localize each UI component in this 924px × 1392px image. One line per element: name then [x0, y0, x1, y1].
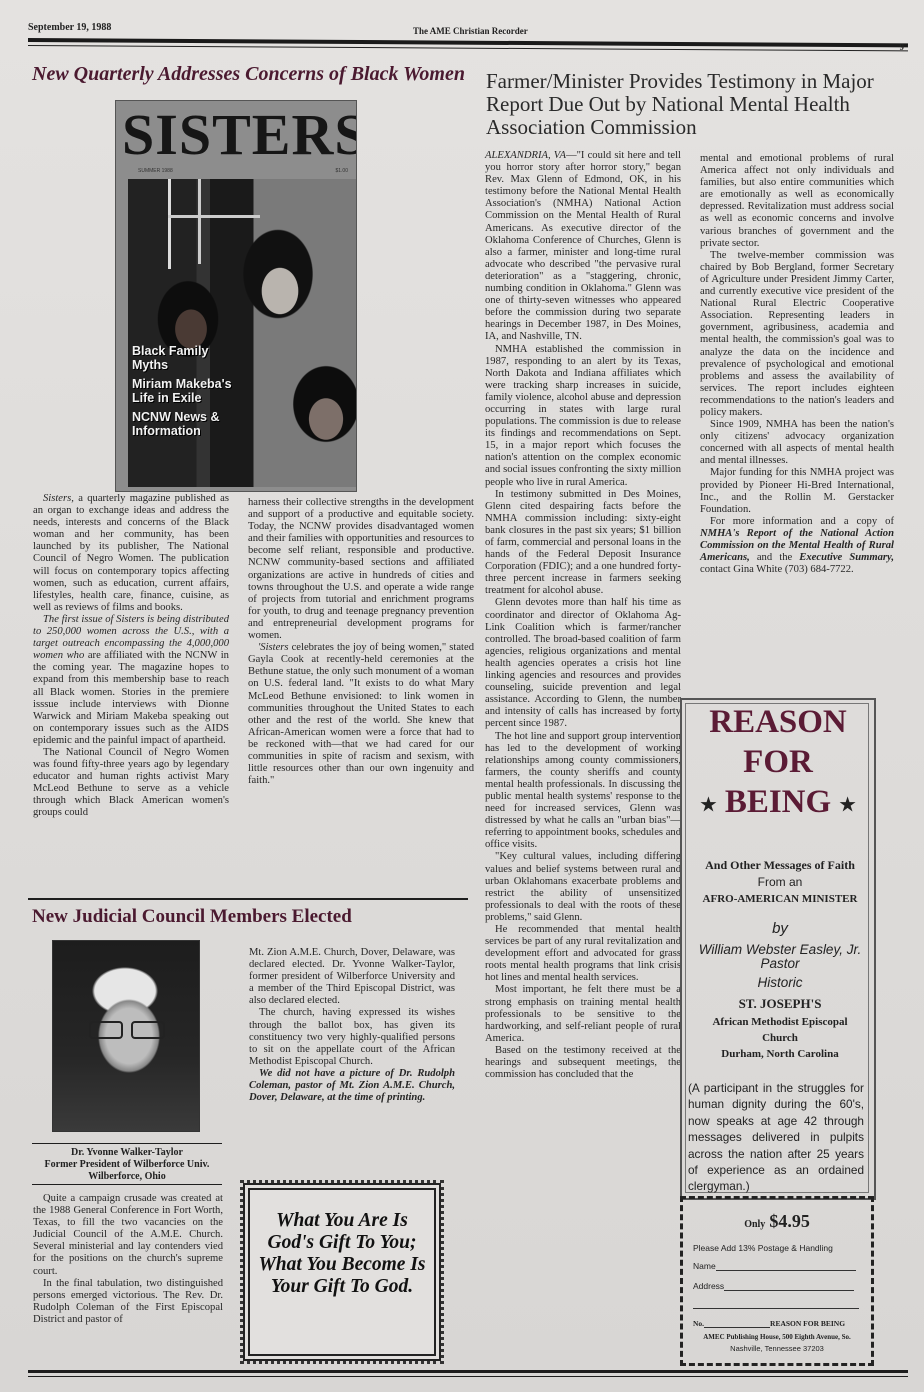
paragraph: ALEXANDRIA, VA—"I could sit here and tel…	[485, 150, 681, 344]
window-decor	[168, 215, 260, 218]
paragraph: The National Council of Negro Women was …	[33, 747, 229, 820]
sisters-magazine-cover: SISTERS SUMMER 1988 $1.00 Black Family M…	[115, 100, 357, 492]
paragraph: Most important, he felt there must be a …	[485, 984, 681, 1044]
judicial-headline: New Judicial Council Members Elected	[32, 906, 352, 928]
address-field[interactable]: Address	[693, 1281, 854, 1291]
paragraph: Since 1909, NMHA has been the nation's o…	[700, 419, 894, 467]
ad-author: William Webster Easley, Jr.	[690, 943, 870, 957]
judicial-column-1: Quite a campaign crusade was created at …	[33, 1193, 223, 1326]
bottom-rule-thin	[28, 1376, 908, 1377]
ad-location: Durham, North Carolina	[690, 1048, 870, 1060]
quote-box: What You Are Is God's Gift To You; What …	[243, 1183, 441, 1361]
newspaper-page: September 19, 1988 The AME Christian Rec…	[0, 0, 924, 1392]
caption-line: Dr. Yvonne Walker-Taylor	[34, 1147, 220, 1159]
ad-subtitle: And Other Messages of Faith	[690, 858, 870, 873]
paragraph: Glenn devotes more than half his time as…	[485, 597, 681, 730]
nmha-column-1: ALEXANDRIA, VA—"I could sit here and tel…	[485, 150, 681, 1081]
ad-church-name: ST. JOSEPH'S	[690, 996, 870, 1012]
paragraph: We did not have a picture of Dr. Rudolph…	[249, 1068, 455, 1104]
order-price: Only $4.95	[683, 1211, 871, 1232]
paragraph: He recommended that mental health servic…	[485, 924, 681, 984]
page-number: 9	[900, 42, 905, 52]
paragraph: "Key cultural values, including differin…	[485, 851, 681, 924]
star-icon: ★	[700, 794, 716, 814]
coverline: Miriam Makeba's Life in Exile	[132, 377, 232, 405]
coverline: Black Family Myths	[132, 344, 222, 372]
bottom-rule	[28, 1370, 908, 1373]
ad-role: Pastor	[690, 957, 870, 971]
window-decor	[168, 179, 263, 269]
quantity-field[interactable]: No.REASON FOR BEING	[693, 1319, 845, 1328]
nmha-column-2: mental and emotional problems of rural A…	[700, 153, 894, 576]
address-field-line-2[interactable]	[693, 1299, 859, 1309]
publisher-address: AMEC Publishing House, 500 Eighth Avenue…	[683, 1333, 871, 1341]
order-form: Only $4.95 Please Add 13% Postage & Hand…	[680, 1196, 874, 1366]
cover-title: SISTERS	[122, 105, 357, 165]
paragraph: harness their collective strengths in th…	[248, 497, 474, 642]
nmha-headline: Farmer/Minister Provides Testimony in Ma…	[486, 70, 896, 139]
paragraph: Major funding for this NMHA project was …	[700, 467, 894, 515]
sisters-column-2: harness their collective strengths in th…	[248, 497, 474, 787]
paragraph: Mt. Zion A.M.E. Church, Dover, Delaware,…	[249, 947, 455, 1007]
star-icon: ★	[839, 794, 855, 814]
paragraph: 'Sisters celebrates the joy of being wom…	[248, 642, 474, 787]
price-value: $4.95	[769, 1211, 810, 1231]
ad-from: From an	[690, 875, 870, 889]
quote-text: What You Are Is God's Gift To You; What …	[254, 1210, 430, 1298]
cover-coverlines: Black Family Myths Miriam Makeba's Life …	[132, 344, 232, 443]
ad-title-line: REASON	[690, 702, 866, 742]
paragraph: The church, having expressed its wishes …	[249, 1007, 455, 1067]
section-rule	[28, 898, 468, 900]
sisters-column-1: Sisters, a quarterly magazine published …	[33, 493, 229, 820]
ad-minister: AFRO-AMERICAN MINISTER	[690, 893, 870, 905]
window-decor	[198, 179, 201, 264]
paragraph: Quite a campaign crusade was created at …	[33, 1193, 223, 1278]
portrait-photo	[52, 940, 200, 1132]
photo-caption: Dr. Yvonne Walker-Taylor Former Presiden…	[34, 1147, 220, 1183]
paragraph: In testimony submitted in Des Moines, Gl…	[485, 489, 681, 598]
sisters-headline: New Quarterly Addresses Concerns of Blac…	[32, 64, 472, 85]
ad-denomination: African Methodist Episcopal	[690, 1016, 870, 1028]
paragraph: Based on the testimony received at the h…	[485, 1045, 681, 1081]
paragraph: Sisters, a quarterly magazine published …	[33, 493, 229, 614]
glasses-decor	[89, 1021, 165, 1035]
ad-by: by	[690, 922, 870, 936]
paragraph: In the final tabulation, two distinguish…	[33, 1278, 223, 1326]
ad-historic: Historic	[690, 976, 870, 990]
caption-rule	[32, 1184, 222, 1185]
paragraph: The first issue of Sisters is being dist…	[33, 614, 229, 747]
caption-line: Former President of Wilberforce Univ.	[34, 1159, 220, 1171]
postage-note: Please Add 13% Postage & Handling	[693, 1243, 833, 1253]
paragraph: The twelve-member commission was chaired…	[700, 250, 894, 419]
paragraph: mental and emotional problems of rural A…	[700, 153, 894, 250]
issue-date: September 19, 1988	[28, 22, 111, 33]
paragraph: For more information and a copy of NMHA'…	[700, 516, 894, 576]
paragraph: NMHA established the commission in 1987,…	[485, 344, 681, 489]
ad-church-word: Church	[690, 1032, 870, 1044]
coverline: NCNW News & Information	[132, 410, 222, 438]
publication-name: The AME Christian Recorder	[413, 26, 528, 36]
cover-issue: SUMMER 1988	[138, 168, 173, 174]
name-field[interactable]: Name	[693, 1261, 856, 1271]
publisher-city: Nashville, Tennessee 37203	[683, 1344, 871, 1353]
caption-rule	[32, 1143, 222, 1144]
ad-title-line: ★ BEING ★	[690, 782, 866, 824]
cover-price: $1.00	[335, 168, 348, 174]
paragraph: The hot line and support group intervent…	[485, 731, 681, 852]
ad-description: (A participant in the struggles for huma…	[688, 1080, 864, 1195]
masthead: September 19, 1988 The AME Christian Rec…	[28, 22, 908, 52]
judicial-column-2: Mt. Zion A.M.E. Church, Dover, Delaware,…	[249, 947, 455, 1104]
ad-title-line: FOR	[690, 742, 866, 782]
ad-title: REASON FOR ★ BEING ★	[690, 702, 866, 824]
caption-line: Wilberforce, Ohio	[34, 1171, 220, 1183]
